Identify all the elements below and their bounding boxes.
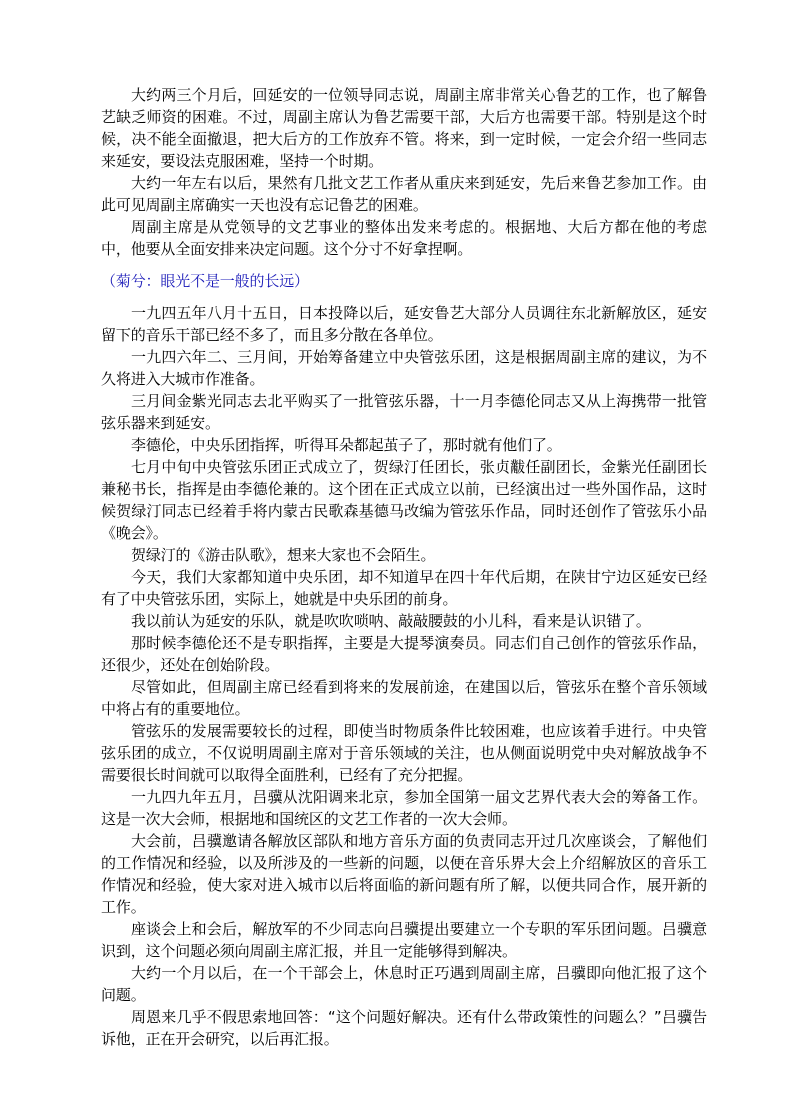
- paragraph: 今天，我们大家都知道中央乐团，却不知道早在四十年代后期，在陕甘宁边区延安已经有了…: [101, 566, 707, 610]
- paragraph: 尽管如此，但周副主席已经看到将来的发展前途，在建国以后，管弦乐在整个音乐领域中将…: [101, 676, 707, 720]
- paragraph: 那时候李德伦还不是专职指挥，主要是大提琴演奏员。同志们自己创作的管弦乐作品，还很…: [101, 632, 707, 676]
- paragraph: 我以前认为延安的乐队，就是吹吹唢呐、敲敲腰鼓的小儿科，看来是认识错了。: [101, 610, 707, 632]
- paragraph: 三月间金紫光同志去北平购买了一批管弦乐器，十一月李德伦同志又从上海携带一批管弦乐…: [101, 390, 707, 434]
- paragraph: 一九四六年二、三月间，开始筹备建立中央管弦乐团，这是根据周副主席的建议，为不久将…: [101, 346, 707, 390]
- paragraph: 大约一个月以后，在一个干部会上，休息时正巧遇到周副主席，吕骥即向他汇报了这个问题…: [101, 962, 707, 1006]
- paragraph: 李德伦，中央乐团指挥，听得耳朵都起茧子了，那时就有他们了。: [101, 434, 707, 456]
- paragraph: 大约两三个月后，回延安的一位领导同志说，周副主席非常关心鲁艺的工作，也了解鲁艺缺…: [101, 84, 707, 172]
- paragraph: 大会前，吕骥邀请各解放区部队和地方音乐方面的负责同志开过几次座谈会，了解他们的工…: [101, 830, 707, 918]
- paragraph: 一九四九年五月，吕骥从沈阳调来北京，参加全国第一届文艺界代表大会的筹备工作。这是…: [101, 786, 707, 830]
- document-page: 大约两三个月后，回延安的一位领导同志说，周副主席非常关心鲁艺的工作，也了解鲁艺缺…: [101, 84, 707, 1050]
- paragraph: 周恩来几乎不假思索地回答：“这个问题好解决。还有什么带政策性的问题么？”吕骥告诉…: [101, 1006, 707, 1050]
- paragraph: 周副主席是从党领导的文艺事业的整体出发来考虑的。根据地、大后方都在他的考虑中，他…: [101, 216, 707, 260]
- paragraph: 大约一年左右以后，果然有几批文艺工作者从重庆来到延安，先后来鲁艺参加工作。由此可…: [101, 172, 707, 216]
- paragraph: 一九四五年八月十五日，日本投降以后，延安鲁艺大部分人员调往东北新解放区，延安留下…: [101, 302, 707, 346]
- section-heading: （菊兮：眼光不是一般的长远）: [101, 270, 707, 292]
- paragraph: 座谈会上和会后，解放军的不少同志向吕骥提出要建立一个专职的军乐团问题。吕骥意识到…: [101, 918, 707, 962]
- paragraph: 贺绿汀的《游击队歌》，想来大家也不会陌生。: [101, 544, 707, 566]
- paragraph: 七月中旬中央管弦乐团正式成立了，贺绿汀任团长，张贞黻任副团长，金紫光任副团长兼秘…: [101, 456, 707, 544]
- paragraph: 管弦乐的发展需要较长的过程，即使当时物质条件比较困难，也应该着手进行。中央管弦乐…: [101, 720, 707, 786]
